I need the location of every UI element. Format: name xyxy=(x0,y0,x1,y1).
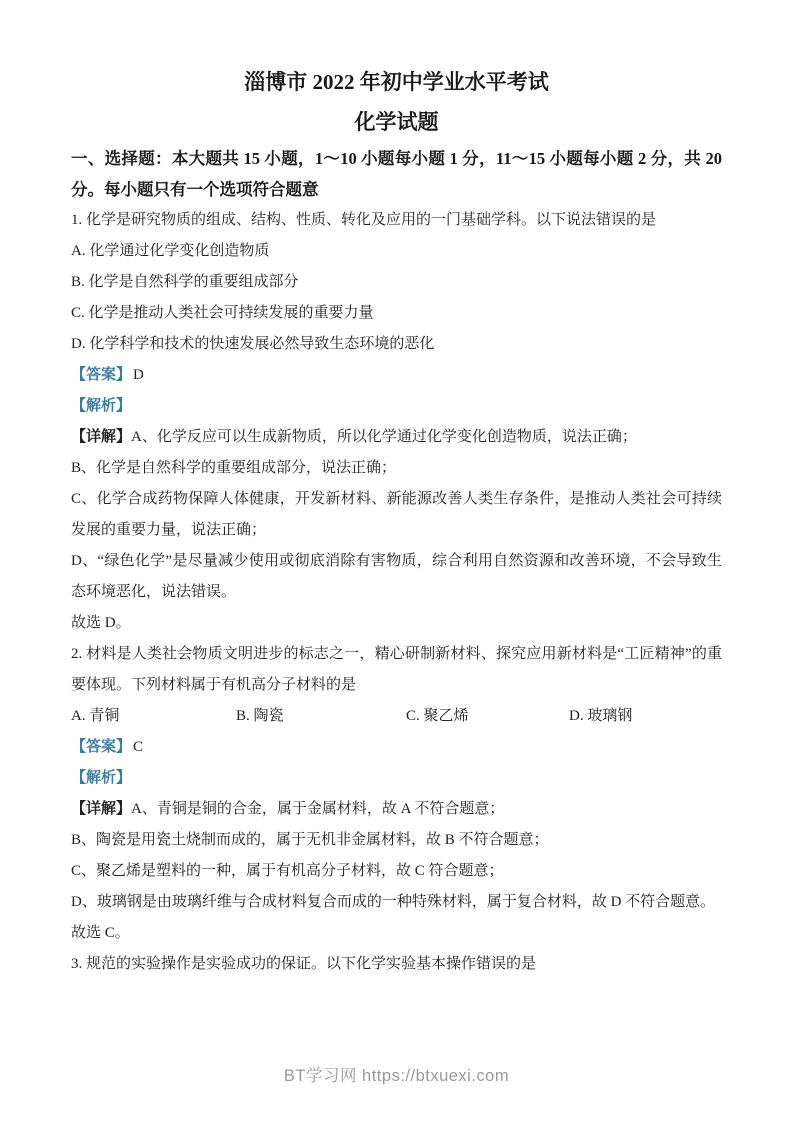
question-1-option-d: D. 化学科学和技术的快速发展必然导致生态环境的恶化 xyxy=(71,329,722,360)
detail-text: A、化学反应可以生成新物质，所以化学通过化学变化创造物质，说法正确； xyxy=(131,429,637,445)
question-1-stem: 1. 化学是研究物质的组成、结构、性质、转化及应用的一门基础学科。以下说法错误的… xyxy=(71,205,722,236)
question-1-option-c: C. 化学是推动人类社会可持续发展的重要力量 xyxy=(71,298,722,329)
question-2-option-a: A. 青铜 xyxy=(71,701,236,732)
question-1-detail-d: D、“绿色化学”是尽量减少使用或彻底消除有害物质，综合利用自然资源和改善环境，不… xyxy=(71,546,722,608)
question-1-detail-c: C、化学合成药物保障人体健康，开发新材料、新能源改善人类生存条件，是推动人类社会… xyxy=(71,484,722,546)
question-2-option-b: B. 陶瓷 xyxy=(236,701,406,732)
question-1-option-a: A. 化学通过化学变化创造物质 xyxy=(71,236,722,267)
question-block-3: 3. 规范的实验操作是实验成功的保证。以下化学实验基本操作错误的是 xyxy=(71,949,722,980)
section-instructions: 一、选择题：本大题共 15 小题，1～10 小题每小题 1 分，11～15 小题… xyxy=(71,143,722,205)
answer-value: D xyxy=(133,367,144,383)
exam-subtitle: 化学试题 xyxy=(71,110,722,134)
question-block-1: 1. 化学是研究物质的组成、结构、性质、转化及应用的一门基础学科。以下说法错误的… xyxy=(71,205,722,639)
question-2-option-c: C. 聚乙烯 xyxy=(406,701,569,732)
question-2-detail-a: 【详解】A、青铜是铜的合金，属于金属材料，故 A 不符合题意； xyxy=(71,794,722,825)
question-2-options-row: A. 青铜 B. 陶瓷 C. 聚乙烯 D. 玻璃钢 xyxy=(71,701,722,732)
question-2-detail-b: B、陶瓷是用瓷土烧制而成的，属于无机非金属材料，故 B 不符合题意； xyxy=(71,825,722,856)
question-2-answer-line: 【答案】C xyxy=(71,732,722,763)
question-2-option-d: D. 玻璃钢 xyxy=(569,701,722,732)
question-1-conclusion: 故选 D。 xyxy=(71,608,722,639)
question-1-option-b: B. 化学是自然科学的重要组成部分 xyxy=(71,267,722,298)
document-page: 淄博市 2022 年初中学业水平考试 化学试题 一、选择题：本大题共 15 小题… xyxy=(0,0,793,1122)
detail-text: A、青铜是铜的合金，属于金属材料，故 A 不符合题意； xyxy=(131,801,504,817)
answer-label: 【答案】 xyxy=(71,367,131,383)
question-2-detail-d: D、玻璃钢是由玻璃纤维与合成材料复合而成的一种特殊材料，属于复合材料，故 D 不… xyxy=(71,887,722,918)
question-block-2: 2. 材料是人类社会物质文明进步的标志之一，精心研制新材料、探究应用新材料是“工… xyxy=(71,639,722,949)
question-1-detail-a: 【详解】A、化学反应可以生成新物质，所以化学通过化学变化创造物质，说法正确； xyxy=(71,422,722,453)
question-1-detail-b: B、化学是自然科学的重要组成部分，说法正确； xyxy=(71,453,722,484)
question-2-analysis-label: 【解析】 xyxy=(71,763,722,794)
site-watermark: BT学习网 https://btxuexi.com xyxy=(0,1062,793,1086)
question-2-stem: 2. 材料是人类社会物质文明进步的标志之一，精心研制新材料、探究应用新材料是“工… xyxy=(71,639,722,701)
question-1-analysis-label: 【解析】 xyxy=(71,391,722,422)
detail-label: 【详解】 xyxy=(71,429,131,445)
question-1-answer-line: 【答案】D xyxy=(71,360,722,391)
answer-value: C xyxy=(133,739,143,755)
question-2-detail-c: C、聚乙烯是塑料的一种，属于有机高分子材料，故 C 符合题意； xyxy=(71,856,722,887)
answer-label: 【答案】 xyxy=(71,739,131,755)
detail-label: 【详解】 xyxy=(71,801,131,817)
question-2-conclusion: 故选 C。 xyxy=(71,918,722,949)
exam-title: 淄博市 2022 年初中学业水平考试 xyxy=(71,70,722,94)
question-3-stem: 3. 规范的实验操作是实验成功的保证。以下化学实验基本操作错误的是 xyxy=(71,949,722,980)
